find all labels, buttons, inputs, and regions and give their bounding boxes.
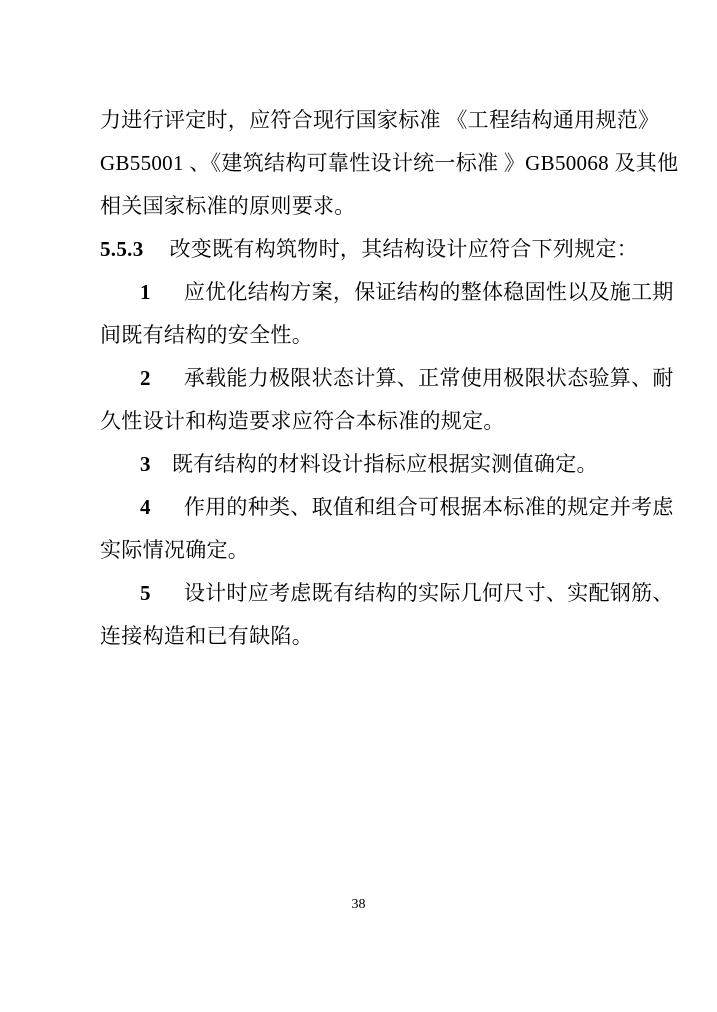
page-content: 力进行评定时，应符合现行国家标准 《工程结构通用规范》 GB55001 、《建筑… [100, 99, 630, 658]
list-item-1-continuation: 间既有结构的安全性。 [100, 314, 630, 357]
item-4-text: 作用的种类、取值和组合可根据本标准的规定并考虑 [184, 495, 674, 519]
section-title: 改变既有构筑物时，其结构设计应符合下列规定： [170, 237, 639, 261]
item-3-number: 3 [140, 452, 151, 476]
list-item-5-continuation: 连接构造和已有缺陷。 [100, 615, 630, 658]
paragraph-line: GB55001 、《建筑结构可靠性设计统一标准 》GB50068 及其他 [100, 142, 630, 185]
item-1-text: 应优化结构方案，保证结构的整体稳固性以及施工期 [184, 280, 674, 304]
item-5-text: 设计时应考虑既有结构的实际几何尺寸、实配钢筋、 [184, 581, 674, 605]
item-3-text: 既有结构的材料设计指标应根据实测值确定。 [172, 452, 598, 476]
document-page: 力进行评定时，应符合现行国家标准 《工程结构通用规范》 GB55001 、《建筑… [0, 0, 717, 1012]
list-item-2-continuation: 久性设计和构造要求应符合本标准的规定。 [100, 400, 630, 443]
item-5-number: 5 [140, 581, 151, 605]
section-heading: 5.5.3改变既有构筑物时，其结构设计应符合下列规定： [100, 228, 630, 271]
page-number: 38 [0, 897, 717, 913]
list-item-5-line: 5设计时应考虑既有结构的实际几何尺寸、实配钢筋、 [100, 572, 630, 615]
paragraph-line: 相关国家标准的原则要求。 [100, 185, 630, 228]
list-item-3-line: 3既有结构的材料设计指标应根据实测值确定。 [100, 443, 630, 486]
paragraph-line: 力进行评定时，应符合现行国家标准 《工程结构通用规范》 [100, 99, 630, 142]
item-1-number: 1 [140, 280, 151, 304]
list-item-2-line: 2承载能力极限状态计算、正常使用极限状态验算、耐 [100, 357, 630, 400]
item-4-number: 4 [140, 495, 151, 519]
list-item-4-line: 4作用的种类、取值和组合可根据本标准的规定并考虑 [100, 486, 630, 529]
item-2-number: 2 [140, 366, 151, 390]
list-item-4-continuation: 实际情况确定。 [100, 529, 630, 572]
section-number: 5.5.3 [100, 237, 144, 261]
list-item-1-line: 1应优化结构方案，保证结构的整体稳固性以及施工期 [100, 271, 630, 314]
item-2-text: 承载能力极限状态计算、正常使用极限状态验算、耐 [184, 366, 674, 390]
